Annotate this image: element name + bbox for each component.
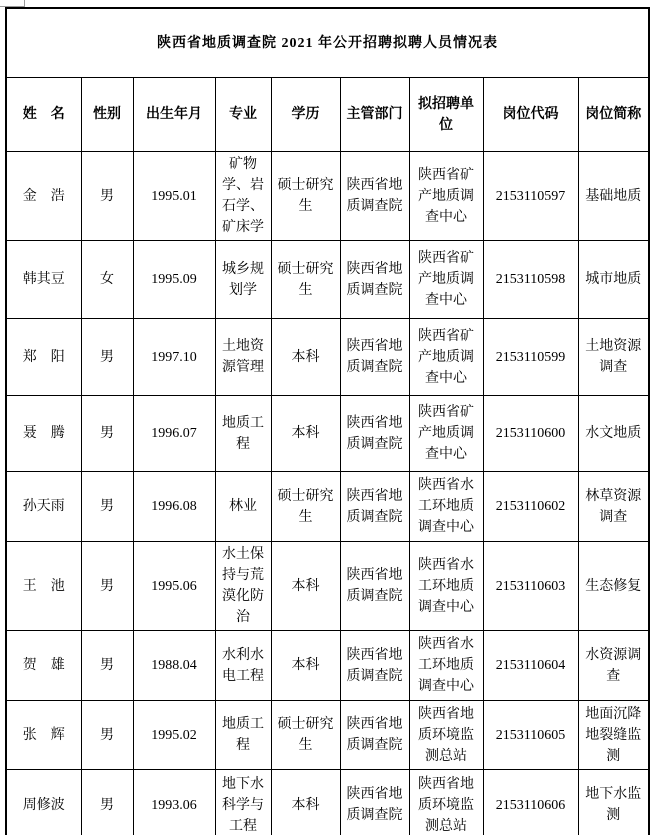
header-birth-date: 出生年月 (133, 78, 215, 152)
cell-code: 2153110606 (483, 770, 578, 835)
scan-artifact (0, 0, 25, 7)
cell-birth: 1996.08 (133, 472, 215, 542)
cell-department: 陕西省地质调查院 (340, 701, 409, 770)
cell-department: 陕西省地质调查院 (340, 319, 409, 396)
cell-gender: 男 (81, 472, 133, 542)
cell-position: 地面沉降地裂缝监测 (578, 701, 649, 770)
cell-name: 聂 腾 (6, 396, 81, 472)
cell-birth: 1996.07 (133, 396, 215, 472)
cell-degree: 硕士研究生 (271, 241, 340, 319)
cell-major: 水土保持与荒漠化防治 (215, 542, 271, 631)
cell-name: 贺 雄 (6, 631, 81, 701)
cell-code: 2153110605 (483, 701, 578, 770)
document-page: 陕西省地质调查院 2021 年公开招聘拟聘人员情况表 姓 名 性别 出生年月 专… (0, 0, 651, 835)
cell-gender: 男 (81, 701, 133, 770)
cell-birth: 1988.04 (133, 631, 215, 701)
table-head: 陕西省地质调查院 2021 年公开招聘拟聘人员情况表 姓 名 性别 出生年月 专… (6, 8, 649, 152)
cell-position: 土地资源调查 (578, 319, 649, 396)
cell-degree: 本科 (271, 631, 340, 701)
cell-unit: 陕西省地质环境监测总站 (409, 770, 483, 835)
cell-major: 土地资源管理 (215, 319, 271, 396)
cell-degree: 本科 (271, 542, 340, 631)
cell-major: 地质工程 (215, 701, 271, 770)
cell-gender: 男 (81, 631, 133, 701)
table-row: 孙天雨男1996.08林业硕士研究生陕西省地质调查院陕西省水工环地质调查中心21… (6, 472, 649, 542)
cell-major: 地下水科学与工程 (215, 770, 271, 835)
cell-degree: 硕士研究生 (271, 701, 340, 770)
cell-department: 陕西省地质调查院 (340, 241, 409, 319)
cell-department: 陕西省地质调查院 (340, 542, 409, 631)
table-title-row: 陕西省地质调查院 2021 年公开招聘拟聘人员情况表 (6, 8, 649, 78)
cell-major: 地质工程 (215, 396, 271, 472)
cell-birth: 1993.06 (133, 770, 215, 835)
cell-department: 陕西省地质调查院 (340, 631, 409, 701)
table-header-row: 姓 名 性别 出生年月 专业 学历 主管部门 拟招聘单位 岗位代码 岗位简称 (6, 78, 649, 152)
cell-name: 张 辉 (6, 701, 81, 770)
header-hiring-unit: 拟招聘单位 (409, 78, 483, 152)
cell-major: 城乡规划学 (215, 241, 271, 319)
header-major: 专业 (215, 78, 271, 152)
cell-gender: 男 (81, 152, 133, 241)
table-row: 韩其豆女1995.09城乡规划学硕士研究生陕西省地质调查院陕西省矿产地质调查中心… (6, 241, 649, 319)
table-row: 金 浩男1995.01矿物学、岩石学、矿床学硕士研究生陕西省地质调查院陕西省矿产… (6, 152, 649, 241)
cell-gender: 男 (81, 396, 133, 472)
cell-department: 陕西省地质调查院 (340, 770, 409, 835)
cell-name: 周修波 (6, 770, 81, 835)
table-row: 聂 腾男1996.07地质工程本科陕西省地质调查院陕西省矿产地质调查中心2153… (6, 396, 649, 472)
cell-major: 水利水电工程 (215, 631, 271, 701)
cell-position: 基础地质 (578, 152, 649, 241)
cell-name: 韩其豆 (6, 241, 81, 319)
cell-degree: 硕士研究生 (271, 472, 340, 542)
cell-unit: 陕西省矿产地质调查中心 (409, 152, 483, 241)
cell-birth: 1995.06 (133, 542, 215, 631)
header-name: 姓 名 (6, 78, 81, 152)
cell-code: 2153110597 (483, 152, 578, 241)
cell-position: 林草资源调查 (578, 472, 649, 542)
cell-department: 陕西省地质调查院 (340, 472, 409, 542)
cell-code: 2153110600 (483, 396, 578, 472)
cell-position: 地下水监测 (578, 770, 649, 835)
cell-position: 水文地质 (578, 396, 649, 472)
cell-birth: 1997.10 (133, 319, 215, 396)
cell-unit: 陕西省水工环地质调查中心 (409, 542, 483, 631)
table-row: 周修波男1993.06地下水科学与工程本科陕西省地质调查院陕西省地质环境监测总站… (6, 770, 649, 835)
cell-position: 生态修复 (578, 542, 649, 631)
header-degree: 学历 (271, 78, 340, 152)
cell-department: 陕西省地质调查院 (340, 152, 409, 241)
table-title: 陕西省地质调查院 2021 年公开招聘拟聘人员情况表 (6, 8, 649, 78)
recruitment-table: 陕西省地质调查院 2021 年公开招聘拟聘人员情况表 姓 名 性别 出生年月 专… (5, 7, 650, 835)
cell-unit: 陕西省地质环境监测总站 (409, 701, 483, 770)
cell-unit: 陕西省水工环地质调查中心 (409, 472, 483, 542)
cell-code: 2153110598 (483, 241, 578, 319)
cell-name: 孙天雨 (6, 472, 81, 542)
cell-gender: 男 (81, 319, 133, 396)
cell-birth: 1995.09 (133, 241, 215, 319)
cell-birth: 1995.01 (133, 152, 215, 241)
cell-department: 陕西省地质调查院 (340, 396, 409, 472)
cell-major: 矿物学、岩石学、矿床学 (215, 152, 271, 241)
cell-degree: 本科 (271, 396, 340, 472)
cell-birth: 1995.02 (133, 701, 215, 770)
cell-code: 2153110603 (483, 542, 578, 631)
cell-unit: 陕西省矿产地质调查中心 (409, 241, 483, 319)
cell-gender: 男 (81, 770, 133, 835)
table-body: 金 浩男1995.01矿物学、岩石学、矿床学硕士研究生陕西省地质调查院陕西省矿产… (6, 152, 649, 835)
table-row: 王 池男1995.06水土保持与荒漠化防治本科陕西省地质调查院陕西省水工环地质调… (6, 542, 649, 631)
cell-degree: 本科 (271, 319, 340, 396)
cell-gender: 女 (81, 241, 133, 319)
cell-gender: 男 (81, 542, 133, 631)
cell-unit: 陕西省矿产地质调查中心 (409, 396, 483, 472)
cell-name: 郑 阳 (6, 319, 81, 396)
table-row: 张 辉男1995.02地质工程硕士研究生陕西省地质调查院陕西省地质环境监测总站2… (6, 701, 649, 770)
cell-unit: 陕西省水工环地质调查中心 (409, 631, 483, 701)
cell-name: 王 池 (6, 542, 81, 631)
cell-name: 金 浩 (6, 152, 81, 241)
cell-major: 林业 (215, 472, 271, 542)
cell-position: 水资源调查 (578, 631, 649, 701)
cell-degree: 硕士研究生 (271, 152, 340, 241)
table-row: 贺 雄男1988.04水利水电工程本科陕西省地质调查院陕西省水工环地质调查中心2… (6, 631, 649, 701)
cell-code: 2153110602 (483, 472, 578, 542)
header-department: 主管部门 (340, 78, 409, 152)
header-position-title: 岗位简称 (578, 78, 649, 152)
cell-unit: 陕西省矿产地质调查中心 (409, 319, 483, 396)
header-gender: 性别 (81, 78, 133, 152)
table-row: 郑 阳男1997.10土地资源管理本科陕西省地质调查院陕西省矿产地质调查中心21… (6, 319, 649, 396)
header-position-code: 岗位代码 (483, 78, 578, 152)
cell-position: 城市地质 (578, 241, 649, 319)
cell-code: 2153110604 (483, 631, 578, 701)
cell-degree: 本科 (271, 770, 340, 835)
cell-code: 2153110599 (483, 319, 578, 396)
